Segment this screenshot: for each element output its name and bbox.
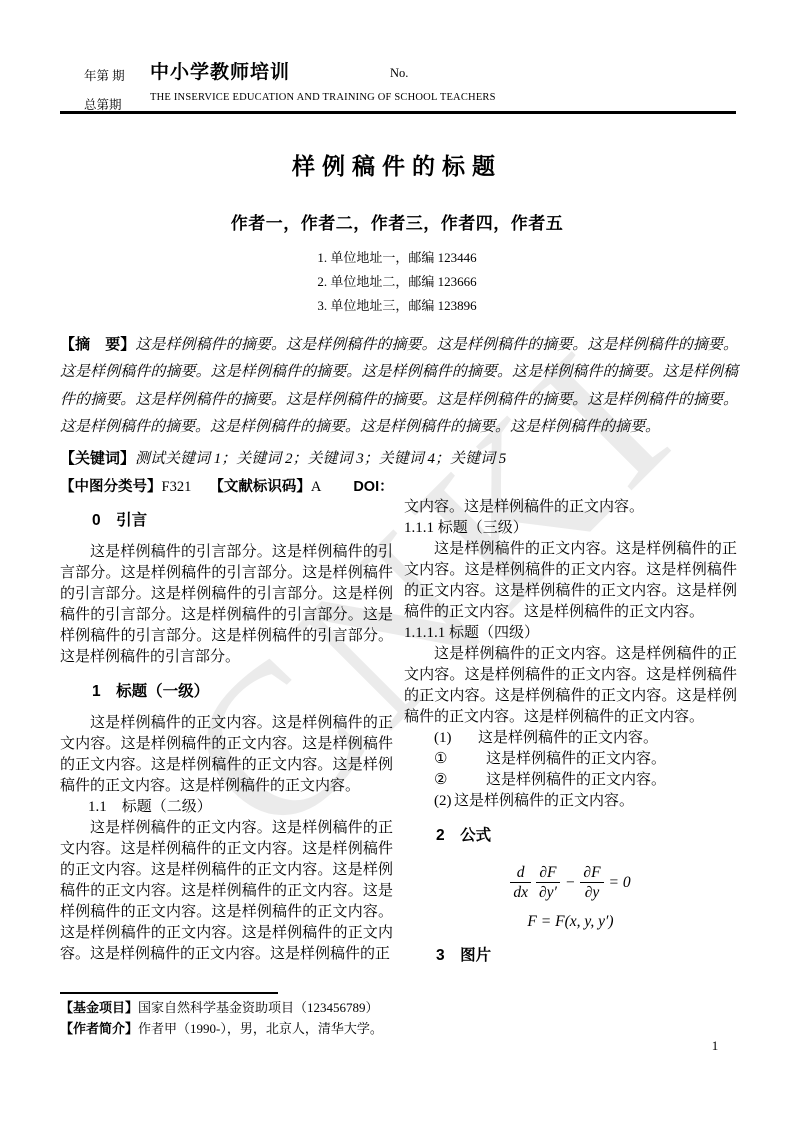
left-column: 0 引言 这是样例稿件的引言部分。这是样例稿件的引言部分。这是样例稿件的引言部分… bbox=[60, 510, 393, 965]
level2-paragraph-left-part: 这是样例稿件的正文内容。这是样例稿件的正文内容。这是样例稿件的正文内容。这是样例… bbox=[60, 818, 393, 965]
abstract-label: 【摘 要】 bbox=[60, 336, 135, 353]
minus-operator: − bbox=[565, 872, 575, 893]
intro-paragraph: 这是样例稿件的引言部分。这是样例稿件的引言部分。这是样例稿件的引言部分。这是样例… bbox=[60, 542, 393, 668]
issue-total-line: 总第期 bbox=[84, 91, 125, 120]
fraction-dF-dy: ∂F ∂y bbox=[580, 864, 603, 901]
affiliation-item: 2. 单位地址二，邮编 123666 bbox=[317, 270, 476, 294]
level3-paragraph: 这是样例稿件的正文内容。这是样例稿件的正文内容。这是样例稿件的正文内容。这是样例… bbox=[404, 539, 737, 623]
level2-paragraph-continuation: 文内容。这是样例稿件的正文内容。 bbox=[404, 497, 737, 518]
header-rule bbox=[60, 111, 736, 114]
fraction-dF-dyprime: ∂F ∂y′ bbox=[536, 864, 560, 901]
section-heading-level1: 1 标题（一级） bbox=[60, 681, 393, 702]
classification-line: 【中图分类号】F321【文献标识码】ADOI： bbox=[60, 475, 738, 496]
section-heading-intro: 0 引言 bbox=[60, 510, 393, 531]
page-number: 1 bbox=[700, 1038, 730, 1054]
journal-title-cn: 中小学教师培训 bbox=[150, 57, 290, 84]
affiliation-item: 3. 单位地址三，邮编 123896 bbox=[317, 294, 476, 318]
doc-code-label: 【文献标识码】 bbox=[209, 479, 311, 495]
list-text: 这是样例稿件的正文内容。 bbox=[486, 770, 666, 791]
list-item: (2) 这是样例稿件的正文内容。 bbox=[404, 791, 737, 812]
doi-label: DOI： bbox=[353, 479, 393, 495]
right-column: 文内容。这是样例稿件的正文内容。 1.1.1 标题（三级） 这是样例稿件的正文内… bbox=[404, 497, 737, 966]
section-heading-level3: 1.1.1 标题（三级） bbox=[404, 518, 737, 539]
list-marker: (1) bbox=[434, 728, 478, 749]
footnote-rule bbox=[60, 992, 278, 994]
fund-text: 国家自然科学基金资助项目（123456789） bbox=[138, 1000, 379, 1015]
keywords-label: 【关键词】 bbox=[60, 450, 135, 467]
keywords-text: 测试关键词 1；关键词 2；关键词 3；关键词 4；关键词 5 bbox=[135, 451, 506, 467]
bio-label: 【作者简介】 bbox=[60, 1021, 138, 1036]
article-title: 样例稿件的标题 bbox=[0, 148, 794, 181]
list-marker: ② bbox=[434, 770, 486, 791]
journal-title-en: THE INSERVICE EDUCATION AND TRAINING OF … bbox=[150, 92, 496, 103]
list-item: (1) 这是样例稿件的正文内容。 bbox=[404, 728, 737, 749]
clc-value: F321 bbox=[162, 479, 192, 495]
affiliation-item: 1. 单位地址一，邮编 123446 bbox=[317, 246, 476, 270]
list-marker: (2) bbox=[434, 791, 454, 812]
list-item: ① 这是样例稿件的正文内容。 bbox=[404, 749, 737, 770]
affiliation-block: 1. 单位地址一，邮编 123446 2. 单位地址二，邮编 123666 3.… bbox=[0, 246, 794, 318]
journal-page: CNKI 年第 期 总第期 中小学教师培训 THE INSERVICE EDUC… bbox=[0, 0, 794, 1123]
fund-project-line: 【基金项目】国家自然科学基金资助项目（123456789） bbox=[60, 997, 680, 1018]
section-heading-images: 3 图片 bbox=[404, 945, 737, 966]
abstract-paragraph: 【摘 要】这是样例稿件的摘要。这是样例稿件的摘要。这是样例稿件的摘要。这是样例稿… bbox=[60, 331, 738, 442]
bio-text: 作者甲（1990-），男，北京人，清华大学。 bbox=[138, 1021, 383, 1036]
formula-f-definition: F = F(x, y, y′) bbox=[404, 911, 737, 932]
list-item: ② 这是样例稿件的正文内容。 bbox=[404, 770, 737, 791]
issue-year-line: 年第 期 bbox=[84, 62, 125, 91]
abstract-text: 这是样例稿件的摘要。这是样例稿件的摘要。这是样例稿件的摘要。这是样例稿件的摘要。… bbox=[60, 337, 738, 435]
section-heading-level2: 1.1 标题（二级） bbox=[60, 797, 393, 818]
list-text: 这是样例稿件的正文内容。 bbox=[486, 749, 666, 770]
footnotes-block: 【基金项目】国家自然科学基金资助项目（123456789） 【作者简介】作者甲（… bbox=[60, 997, 680, 1039]
formula-euler-lagrange: d dx ∂F ∂y′ − ∂F ∂y = 0 bbox=[404, 862, 737, 901]
list-text: 这是样例稿件的正文内容。 bbox=[454, 791, 634, 812]
level1-paragraph: 这是样例稿件的正文内容。这是样例稿件的正文内容。这是样例稿件的正文内容。这是样例… bbox=[60, 713, 393, 797]
level4-paragraph: 这是样例稿件的正文内容。这是样例稿件的正文内容。这是样例稿件的正文内容。这是样例… bbox=[404, 644, 737, 728]
fraction-d-dx: d dx bbox=[510, 864, 531, 901]
author-bio-line: 【作者简介】作者甲（1990-），男，北京人，清华大学。 bbox=[60, 1018, 680, 1039]
list-text: 这是样例稿件的正文内容。 bbox=[478, 728, 658, 749]
section-heading-level4: 1.1.1.1 标题（四级） bbox=[404, 623, 737, 644]
section-heading-formulas: 2 公式 bbox=[404, 825, 737, 846]
authors-line: 作者一，作者二，作者三，作者四，作者五 bbox=[0, 209, 794, 234]
issue-number-label: No. bbox=[390, 66, 408, 81]
fund-label: 【基金项目】 bbox=[60, 1000, 138, 1015]
doc-code-value: A bbox=[311, 479, 321, 495]
list-marker: ① bbox=[434, 749, 486, 770]
equals-zero: = 0 bbox=[609, 872, 631, 893]
clc-label: 【中图分类号】 bbox=[60, 479, 162, 495]
keywords-line: 【关键词】测试关键词 1；关键词 2；关键词 3；关键词 4；关键词 5 bbox=[60, 447, 738, 468]
